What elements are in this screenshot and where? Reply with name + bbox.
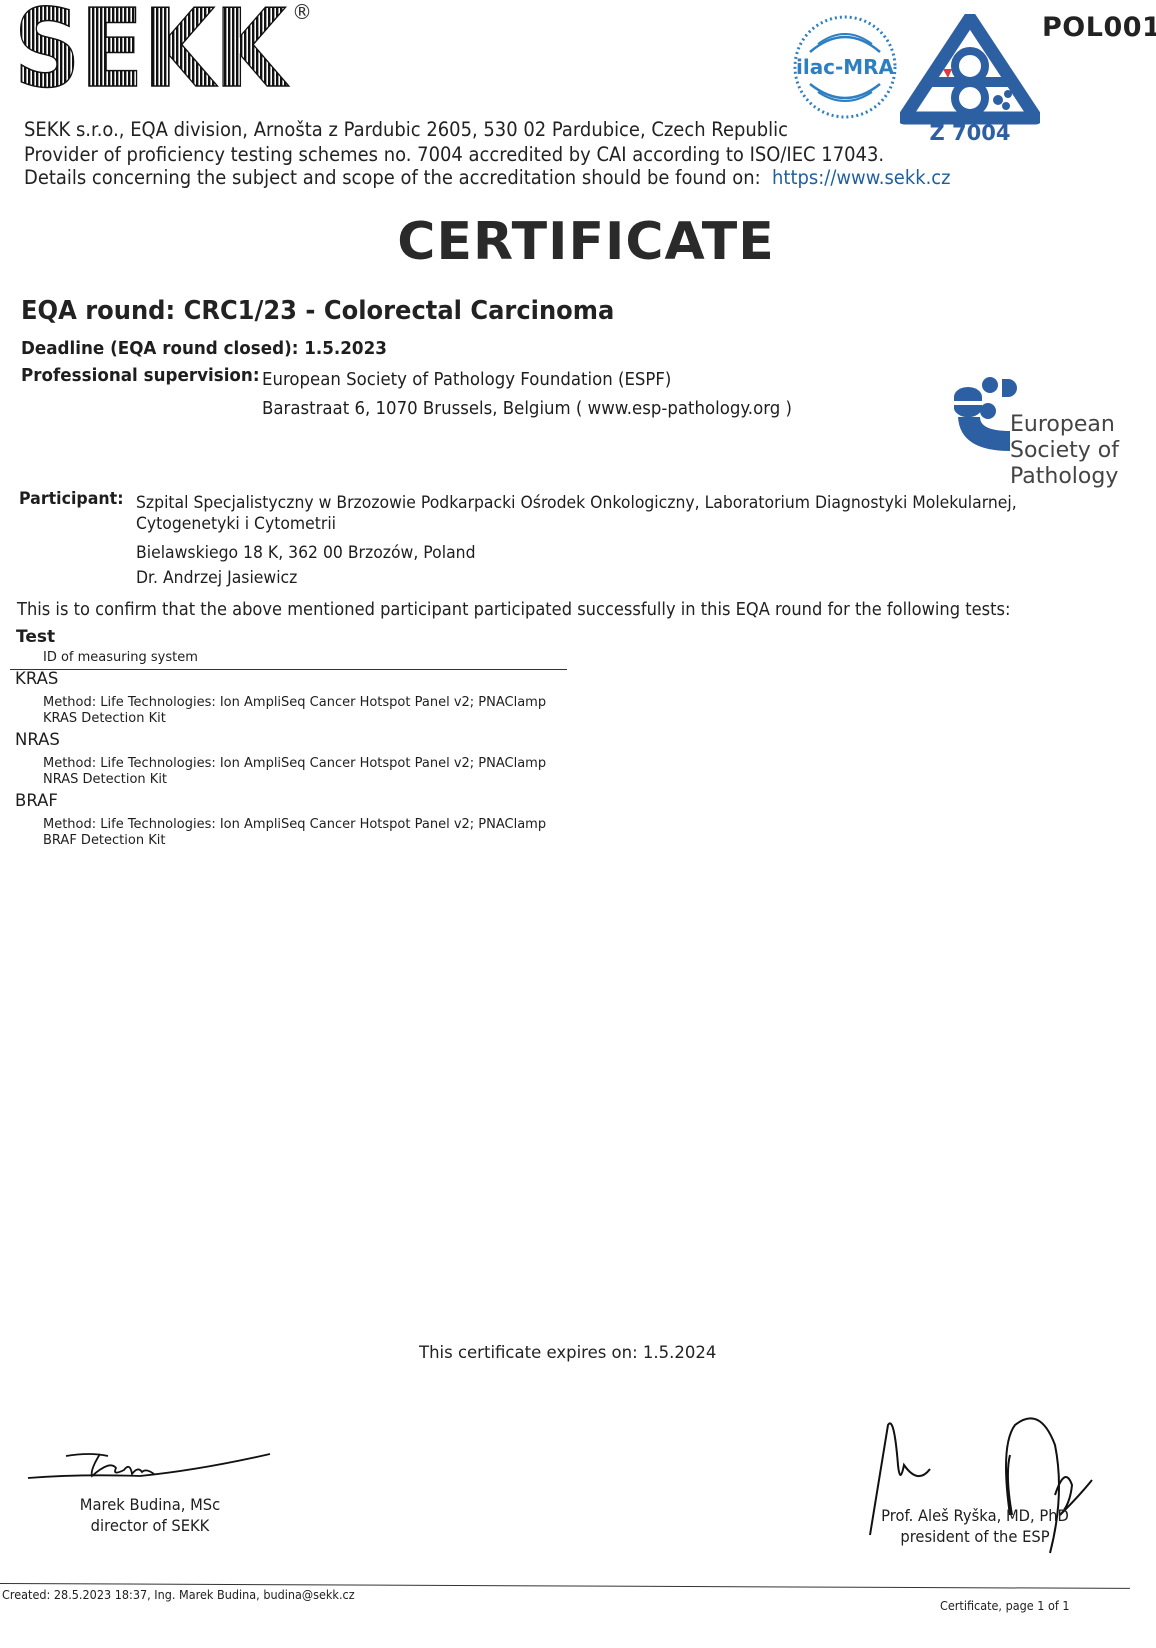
test-method: Method: Life Technologies: Ion AmpliSeq … [43, 817, 546, 849]
cai-accreditation-logo: Z 7004 [900, 14, 1040, 144]
created-info: Created: 28.5.2023 18:37, Ing. Marek Bud… [2, 1587, 355, 1602]
test-method-line: Method: Life Technologies: Ion AmpliSeq … [43, 695, 546, 711]
test-method-line: NRAS Detection Kit [43, 772, 546, 788]
participant-name-cont: Cytogenetyki i Cytometrii [136, 514, 336, 534]
registered-mark: ® [292, 0, 312, 24]
tests-column-header: Test [16, 627, 55, 647]
eqa-round: EQA round: CRC1/23 - Colorectal Carcinom… [21, 296, 614, 326]
test-name: BRAF [15, 791, 58, 810]
signature-budina [20, 1440, 280, 1485]
organization-address: SEKK s.r.o., EQA division, Arnošta z Par… [24, 118, 788, 141]
supervision-address: Barastraat 6, 1070 Brussels, Belgium ( w… [262, 398, 792, 419]
esp-logo-text: European Society of Pathology [1010, 412, 1119, 490]
deadline: Deadline (EQA round closed): 1.5.2023 [21, 338, 387, 359]
test-name: NRAS [15, 730, 60, 749]
eqa-round-value: CRC1/23 - Colorectal Carcinoma [184, 296, 615, 326]
svg-text:SEKK: SEKK [14, 0, 289, 92]
eqa-round-label: EQA round: [21, 296, 175, 326]
participant-contact: Dr. Andrzej Jasiewicz [136, 568, 297, 588]
accreditation-details: Details concerning the subject and scope… [24, 166, 951, 189]
signatory-role: president of the ESP [865, 1526, 1086, 1547]
document-code: POL001 [1042, 12, 1156, 43]
signatory-name: Prof. Aleš Ryška, MD, PhD [865, 1505, 1086, 1526]
test-method-line: KRAS Detection Kit [43, 711, 546, 727]
measuring-system-header: ID of measuring system [43, 650, 198, 665]
test-method: Method: Life Technologies: Ion AmpliSeq … [43, 756, 546, 788]
signatory-right: Prof. Aleš Ryška, MD, PhD president of t… [865, 1505, 1086, 1547]
svg-text:Z 7004: Z 7004 [930, 121, 1011, 144]
test-method: Method: Life Technologies: Ion AmpliSeq … [43, 695, 546, 727]
test-name: KRAS [15, 669, 58, 688]
sekk-logo: SEKK [0, 0, 310, 92]
esp-logo-line: Pathology [1010, 464, 1119, 490]
sekk-website-link[interactable]: https://www.sekk.cz [772, 166, 951, 189]
details-text: Details concerning the subject and scope… [24, 166, 761, 189]
participant-label: Participant: [19, 489, 124, 509]
tests-divider [10, 669, 567, 670]
deadline-label: Deadline (EQA round closed): [21, 338, 298, 359]
test-method-line: Method: Life Technologies: Ion AmpliSeq … [43, 817, 546, 833]
deadline-value: 1.5.2023 [304, 338, 387, 359]
esp-logo-line: Society of [1010, 438, 1119, 464]
signatory-left: Marek Budina, MSc director of SEKK [49, 1494, 251, 1536]
ilac-mra-logo: ilac-MRA [790, 12, 900, 122]
svg-text:ilac-MRA: ilac-MRA [796, 55, 895, 79]
page-number: Certificate, page 1 of 1 [940, 1598, 1070, 1613]
test-method-line: BRAF Detection Kit [43, 833, 546, 849]
signatory-role: director of SEKK [49, 1515, 251, 1536]
accreditation-statement: Provider of proficiency testing schemes … [24, 143, 884, 166]
esp-logo-line: European [1010, 412, 1119, 438]
participant-name: Szpital Specjalistyczny w Brzozowie Podk… [136, 493, 1017, 513]
certificate-expiry: This certificate expires on: 1.5.2024 [419, 1343, 716, 1362]
confirmation-statement: This is to confirm that the above mentio… [17, 600, 1010, 620]
participant-address: Bielawskiego 18 K, 362 00 Brzozów, Polan… [136, 543, 475, 563]
signatory-name: Marek Budina, MSc [49, 1494, 251, 1515]
certificate-title: CERTIFICATE [0, 212, 1156, 272]
test-method-line: Method: Life Technologies: Ion AmpliSeq … [43, 756, 546, 772]
supervision-label: Professional supervision: [21, 365, 260, 386]
supervision-organization: European Society of Pathology Foundation… [262, 369, 671, 390]
